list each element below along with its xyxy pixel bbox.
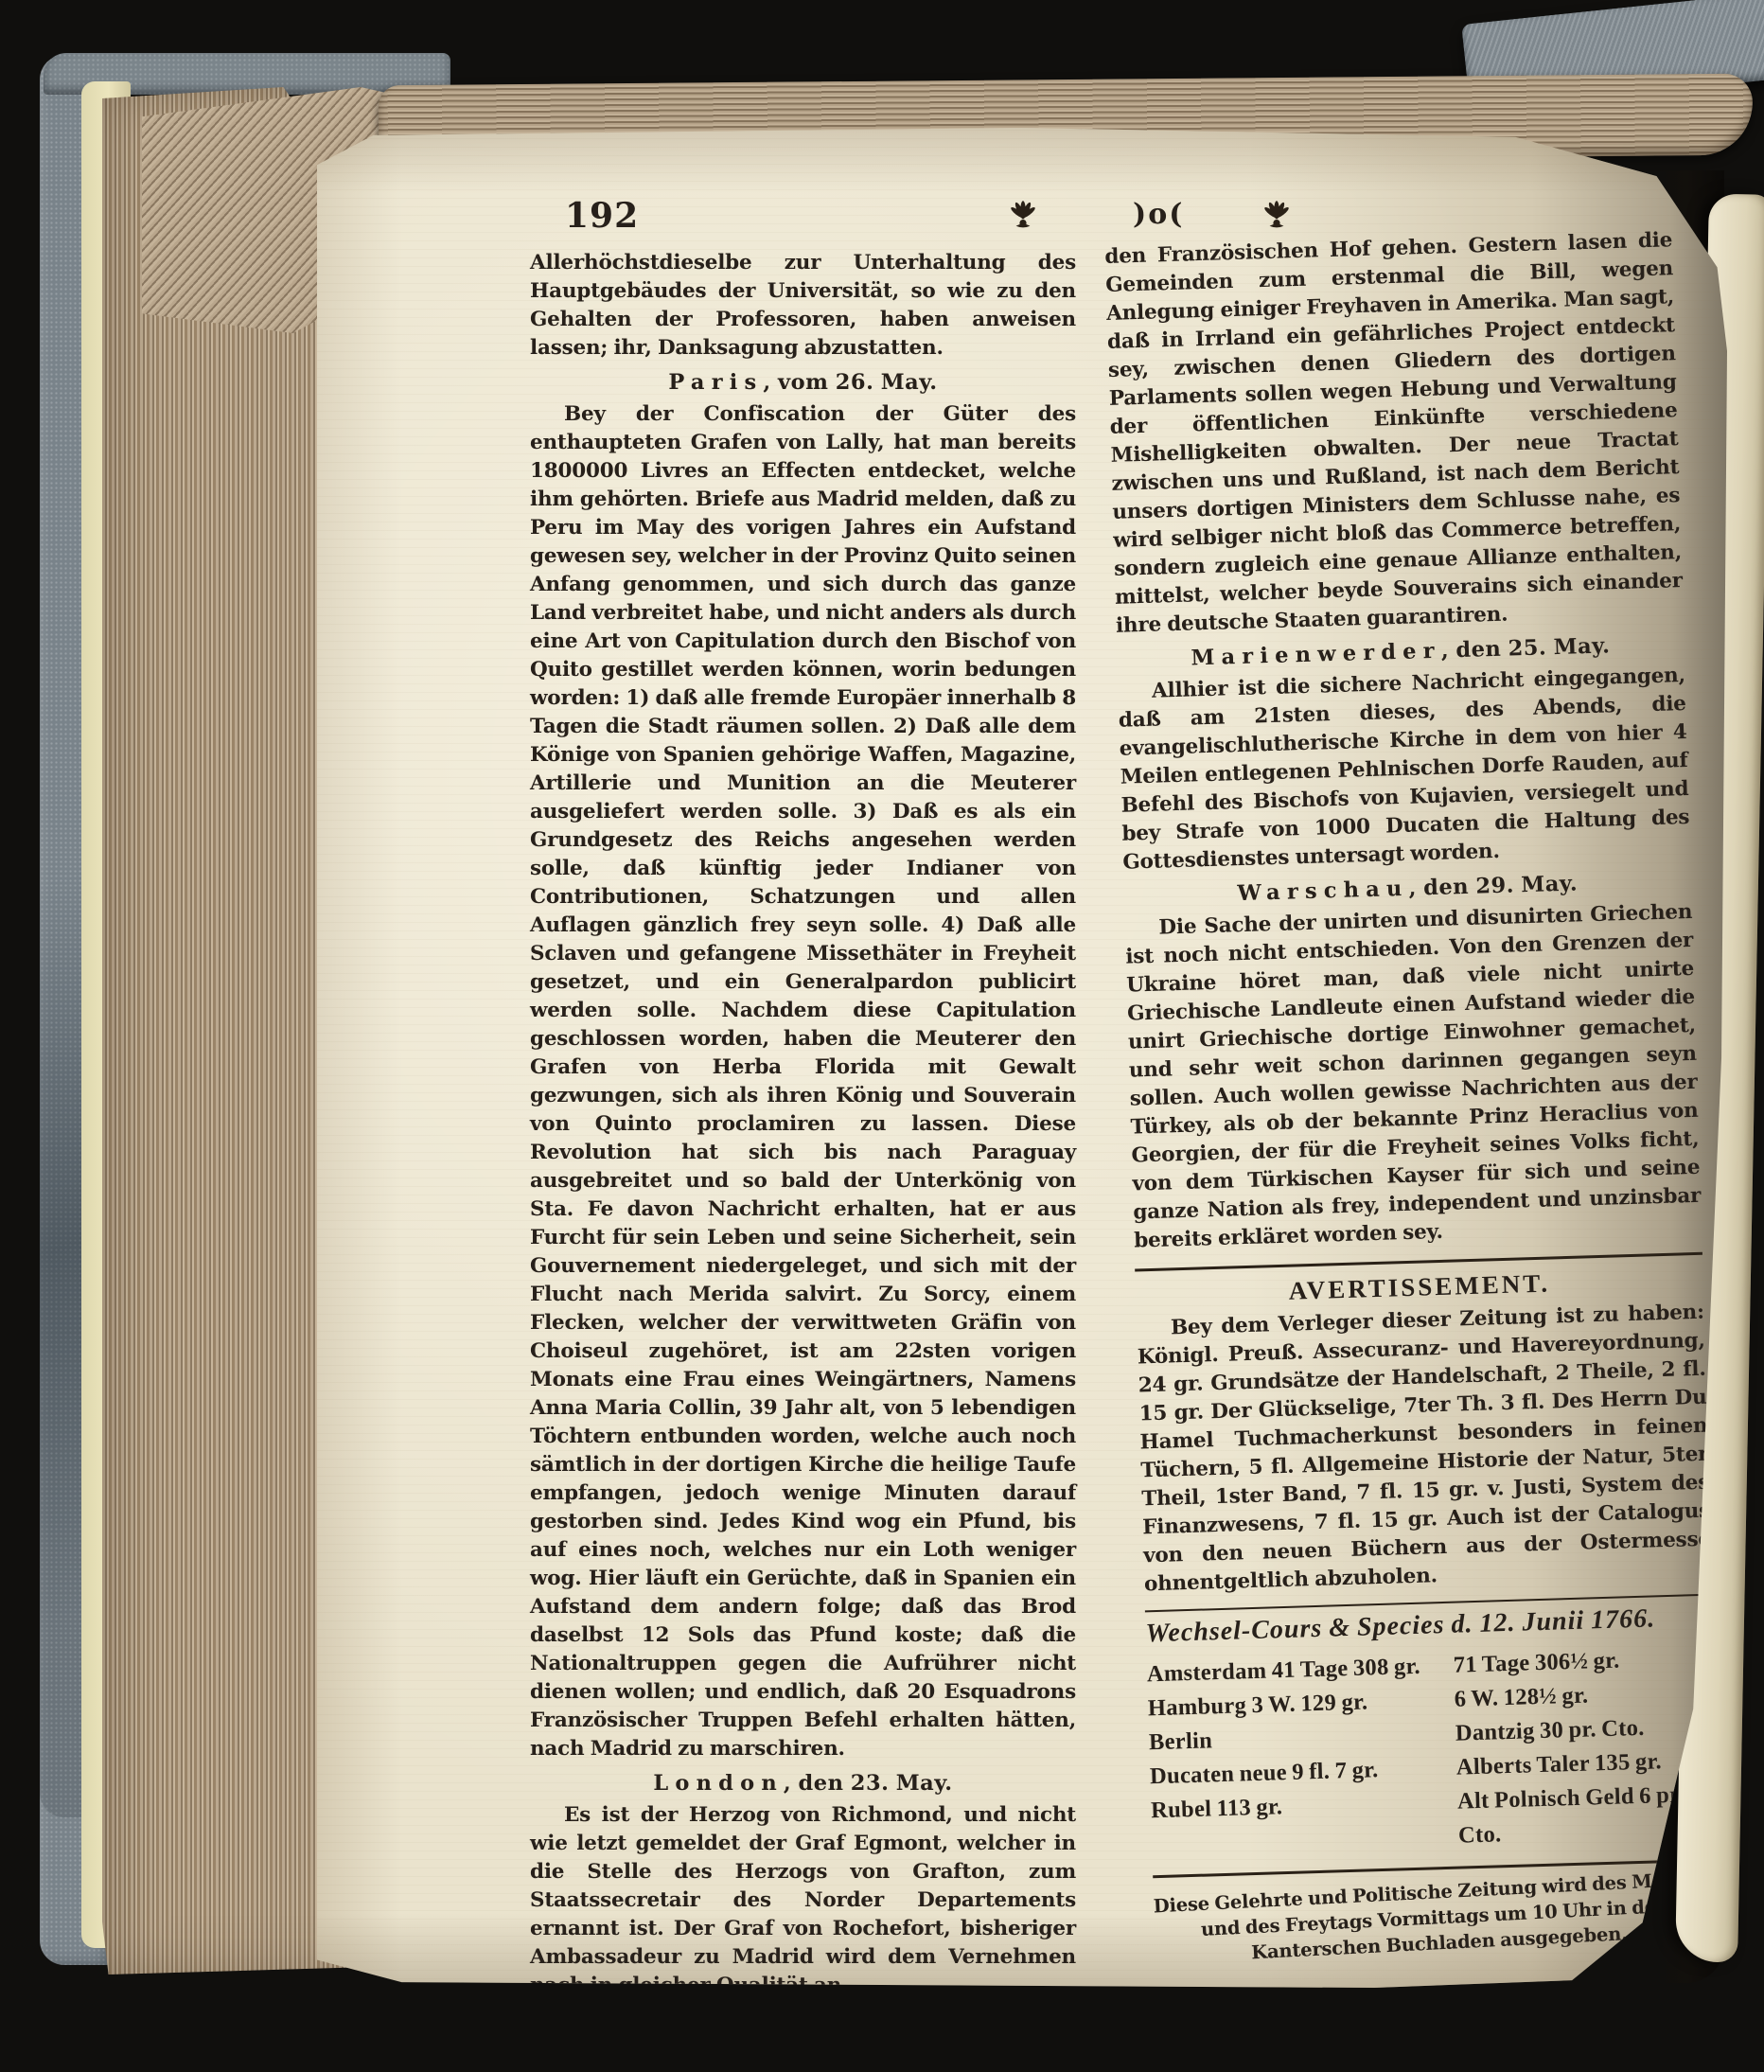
dateline-london: London, den 23. May. xyxy=(530,1769,1076,1798)
floret-icon xyxy=(1260,198,1294,230)
exchange-rates-title: Wechsel-Cours & Species d. 12. Junii 176… xyxy=(1145,1603,1714,1649)
continuation-paragraph: Allerhöchstdieselbe zur Unterhaltung des… xyxy=(530,249,1076,363)
dateline-place: Marienwerder xyxy=(1191,639,1441,671)
exchange-cell: Rubel 113 gr. xyxy=(1151,1785,1459,1863)
left-column: Allerhöchstdieselbe zur Unterhaltung des… xyxy=(530,249,1076,1988)
signature-mark: )o( xyxy=(1133,198,1184,231)
floret-icon xyxy=(1006,198,1040,230)
london-continuation-text: den Französischen Hof gehen. Gestern las… xyxy=(1104,226,1684,641)
dateline-place: Warschau xyxy=(1237,877,1409,906)
dateline-date: , den 25. May. xyxy=(1440,633,1610,663)
publisher-imprint: Diese Gelehrte und Politische Zeitung wi… xyxy=(1153,1865,1723,1970)
book-photo: 192 )o( xyxy=(0,0,1764,2072)
dateline-place: London xyxy=(653,1771,784,1796)
warschau-article-text: Die Sache der unirten und disunirten Gri… xyxy=(1124,898,1702,1256)
dateline-place: Paris xyxy=(668,370,763,395)
newspaper-page: 192 )o( xyxy=(317,128,1727,1988)
dateline-date: , vom 26. May. xyxy=(763,370,937,395)
page-number: 192 xyxy=(565,196,639,236)
avertissement-text: Bey dem Verleger dieser Zeitung ist zu h… xyxy=(1137,1299,1713,1600)
dateline-date: , den 23. May. xyxy=(784,1771,953,1796)
dateline-date: , den 29. May. xyxy=(1408,871,1578,900)
right-column: den Französischen Hof gehen. Gestern las… xyxy=(1104,226,1723,1964)
paris-article-text: Bey der Confiscation der Güter des entha… xyxy=(530,400,1076,1763)
marienwerder-article-text: Allhier ist die sichere Nachricht eingeg… xyxy=(1118,662,1691,877)
dateline-paris: Paris, vom 26. May. xyxy=(530,368,1076,397)
london-article-text: Es ist der Herzog von Richmond, und nich… xyxy=(530,1801,1076,1988)
